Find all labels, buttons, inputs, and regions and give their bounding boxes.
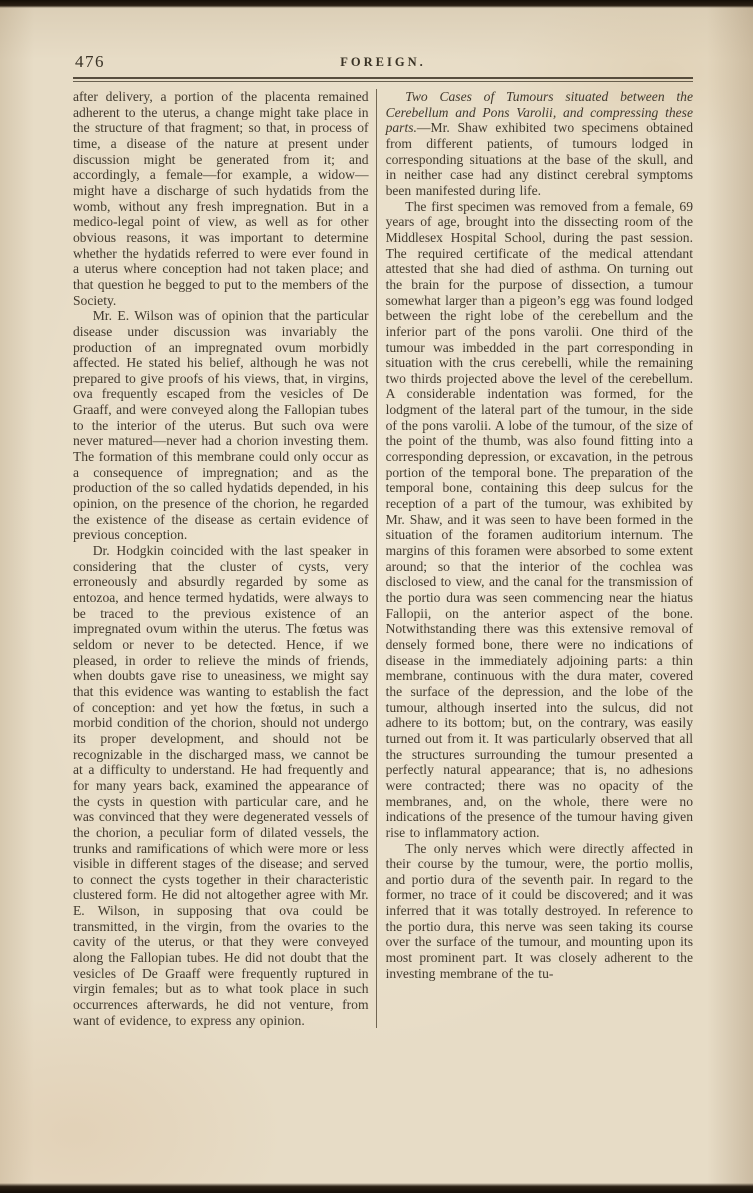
body-text: The only nerves which were directly affe… [386,841,693,981]
left-column: after delivery, a portion of the placent… [73,89,369,1028]
scan-edge-bottom [0,1183,753,1193]
paragraph: The first specimen was removed from a fe… [386,199,693,841]
paragraph: Mr. E. Wilson was of opinion that the pa… [73,308,369,543]
paragraph: The only nerves which were directly affe… [386,841,693,982]
page-header: 476 FOREIGN. [73,48,693,72]
body-text: Mr. E. Wilson was of opinion that the pa… [73,308,369,542]
paper-page: 476 FOREIGN. after delivery, a portion o… [0,0,753,1193]
paragraph: Dr. Hodgkin coincided with the last spea… [73,543,369,1028]
body-text: —Mr. Shaw exhibited two specimens obtain… [386,120,693,198]
paragraph: after delivery, a portion of the placent… [73,89,369,308]
header-double-rule [73,77,693,82]
right-column: Two Cases of Tumours situated between th… [376,89,693,1028]
body-text: Dr. Hodgkin coincided with the last spea… [73,543,369,1028]
two-column-text: after delivery, a portion of the placent… [73,89,693,1028]
body-text: The first specimen was removed from a fe… [386,199,693,840]
scanned-page-viewport: 476 FOREIGN. after delivery, a portion o… [0,0,753,1193]
page-content: 476 FOREIGN. after delivery, a portion o… [0,0,753,1028]
paragraph: Two Cases of Tumours situated between th… [386,89,693,199]
body-text: after delivery, a portion of the placent… [73,89,369,308]
scan-edge-top [0,0,753,8]
running-head: FOREIGN. [73,55,693,70]
